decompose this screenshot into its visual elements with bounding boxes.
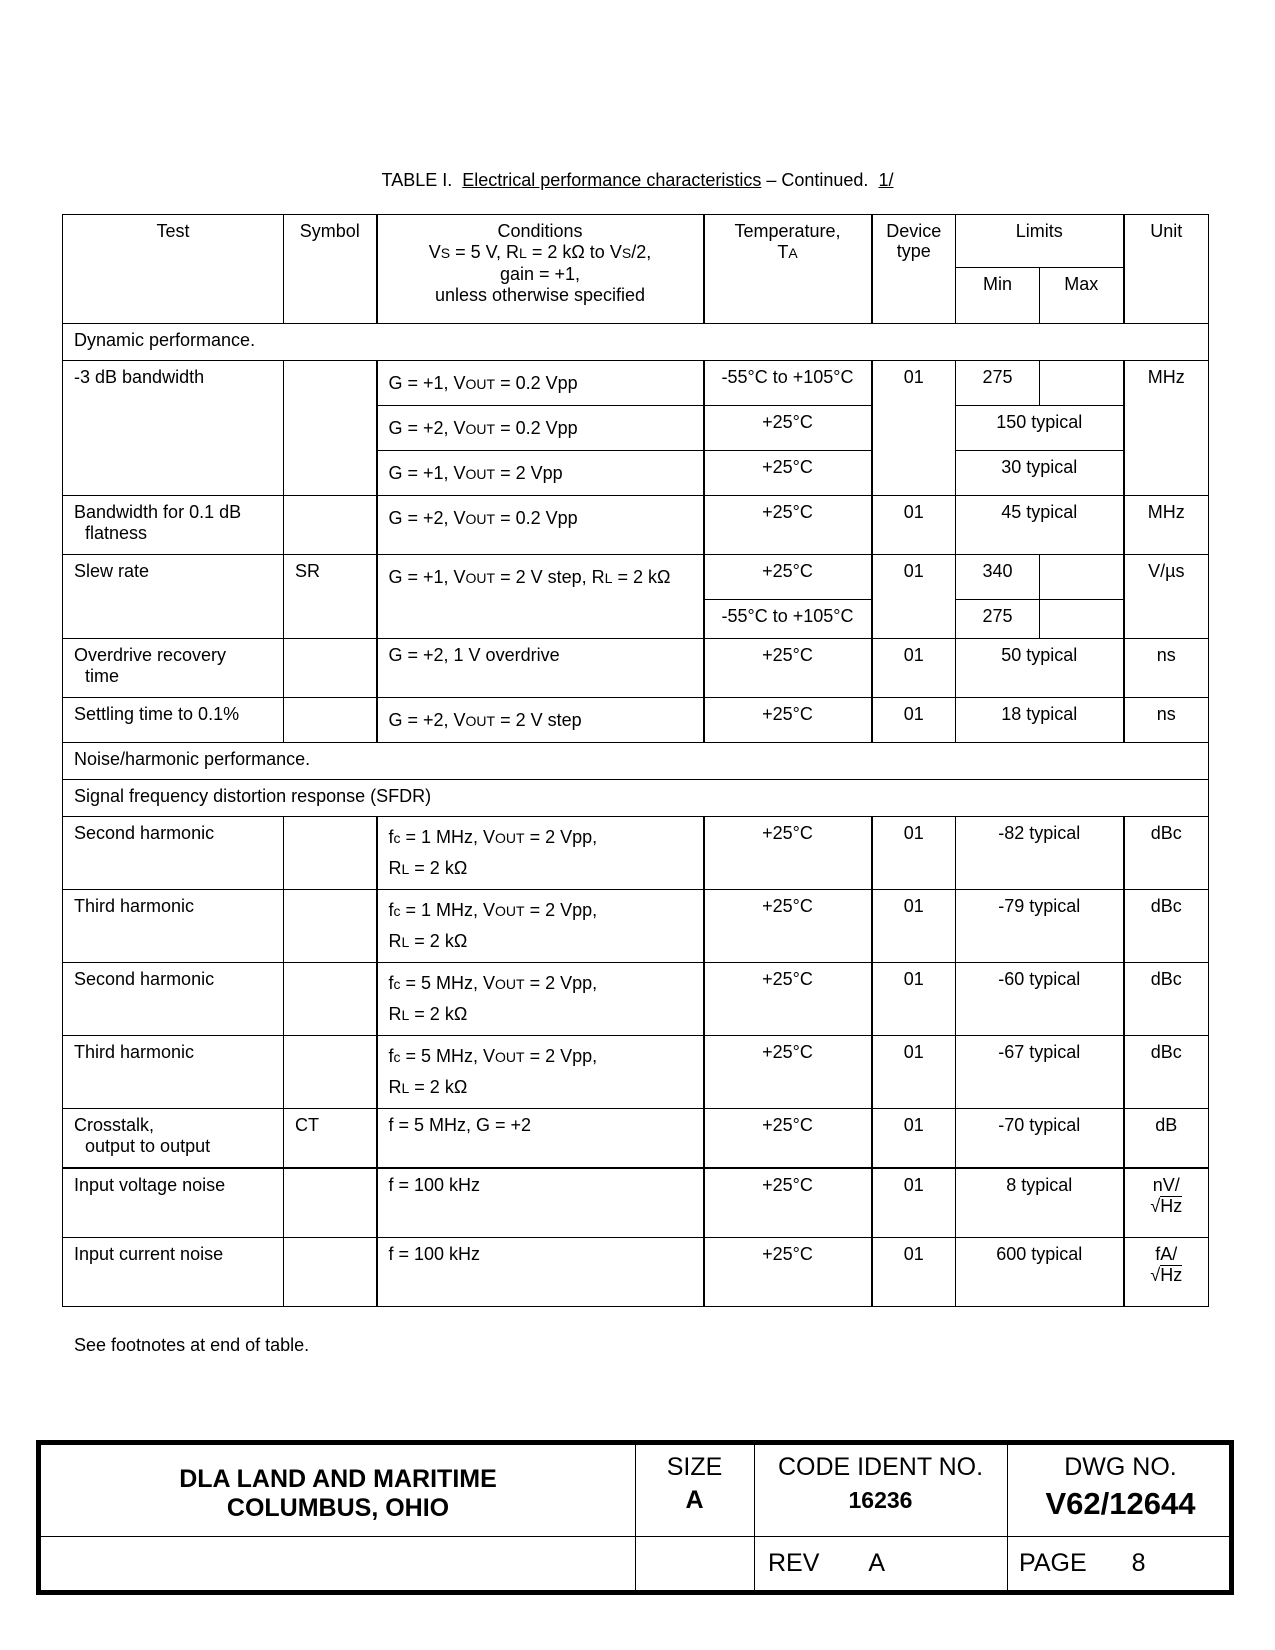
max-cell <box>1040 555 1124 600</box>
table-row: Overdrive recovery time G = +2, 1 V over… <box>63 639 1209 698</box>
header-unit: Unit <box>1124 215 1209 324</box>
symbol-cell <box>284 361 377 496</box>
symbol-cell <box>284 639 377 698</box>
table-row: Second harmonic fc = 5 MHz, VOUT = 2 Vpp… <box>63 963 1209 1036</box>
size-field: SIZE A <box>635 1451 754 1517</box>
typical-cell: 30 typical <box>956 451 1124 496</box>
temperature-cell: +25°C <box>704 1168 872 1238</box>
unit-cell: ns <box>1124 698 1209 743</box>
header-limits: Limits <box>956 215 1124 268</box>
test-name: Crosstalk, output to output <box>63 1109 284 1169</box>
table-title-main: Electrical performance characteristics <box>462 170 761 190</box>
typical-cell: -60 typical <box>956 963 1124 1036</box>
dwg-no-value: V62/12644 <box>1007 1484 1234 1524</box>
section-dynamic: Dynamic performance. <box>63 324 1209 361</box>
typical-cell: -70 typical <box>956 1109 1124 1169</box>
table-row: Slew rate SR G = +1, VOUT = 2 V step, RL… <box>63 555 1209 600</box>
table-row: Bandwidth for 0.1 dB flatness G = +2, VO… <box>63 496 1209 555</box>
sqrt-icon: √ <box>1150 1265 1160 1285</box>
temperature-cell: +25°C <box>704 451 872 496</box>
unit-cell: MHz <box>1124 496 1209 555</box>
test-name-line2: output to output <box>74 1136 272 1157</box>
dwg-no-field: DWG NO. V62/12644 <box>1007 1451 1234 1524</box>
temperature-cell: +25°C <box>704 817 872 890</box>
unit-line2: √Hz <box>1136 1265 1198 1286</box>
test-name: -3 dB bandwidth <box>63 361 284 496</box>
temperature-cell: +25°C <box>704 1238 872 1307</box>
temperature-cell: -55°C to +105°C <box>704 361 872 406</box>
rev-value: A <box>868 1549 885 1577</box>
table-row: Second harmonic fc = 1 MHz, VOUT = 2 Vpp… <box>63 817 1209 890</box>
device-type-cell: 01 <box>872 890 956 963</box>
typical-cell: 18 typical <box>956 698 1124 743</box>
temperature-cell: +25°C <box>704 496 872 555</box>
condition-cell: fc = 1 MHz, VOUT = 2 Vpp,RL = 2 kΩ <box>377 890 704 963</box>
page-label: PAGE <box>1019 1549 1087 1577</box>
size-label: SIZE <box>635 1451 754 1484</box>
device-type-cell: 01 <box>872 698 956 743</box>
page-value: 8 <box>1132 1549 1146 1577</box>
temperature-cell: +25°C <box>704 1036 872 1109</box>
header-temperature: Temperature, TA <box>704 215 872 324</box>
unit-cell: MHz <box>1124 361 1209 496</box>
code-ident-label: CODE IDENT NO. <box>754 1451 1007 1484</box>
test-name: Slew rate <box>63 555 284 639</box>
table-row: -3 dB bandwidth G = +1, VOUT = 0.2 Vpp -… <box>63 361 1209 406</box>
test-name: Overdrive recovery time <box>63 639 284 698</box>
typical-cell: 150 typical <box>956 406 1124 451</box>
header-max: Max <box>1040 268 1124 324</box>
condition-cell: G = +1, VOUT = 2 Vpp <box>377 451 704 496</box>
table-row: Input current noise f = 100 kHz +25°C 01… <box>63 1238 1209 1307</box>
header-device-type: Device type <box>872 215 956 324</box>
test-name: Settling time to 0.1% <box>63 698 284 743</box>
temperature-cell: +25°C <box>704 698 872 743</box>
symbol-cell <box>284 1238 377 1307</box>
typical-cell: 8 typical <box>956 1168 1124 1238</box>
organization-line2: COLUMBUS, OHIO <box>41 1494 635 1523</box>
condition-cell: fc = 5 MHz, VOUT = 2 Vpp,RL = 2 kΩ <box>377 1036 704 1109</box>
table-row: Third harmonic fc = 5 MHz, VOUT = 2 Vpp,… <box>63 1036 1209 1109</box>
typical-cell: -67 typical <box>956 1036 1124 1109</box>
device-type-cell: 01 <box>872 963 956 1036</box>
table-title-suffix: – Continued. <box>761 170 868 190</box>
unit-cell: dBc <box>1124 817 1209 890</box>
unit-radicand: Hz <box>1160 1196 1182 1215</box>
test-name: Second harmonic <box>63 963 284 1036</box>
page-field: PAGE 8 <box>1019 1549 1229 1578</box>
unit-cell: dB <box>1124 1109 1209 1169</box>
temperature-cell: +25°C <box>704 963 872 1036</box>
condition-cell: G = +1, VOUT = 2 V step, RL = 2 kΩ <box>377 555 704 639</box>
table-row: Third harmonic fc = 1 MHz, VOUT = 2 Vpp,… <box>63 890 1209 963</box>
typical-cell: 45 typical <box>956 496 1124 555</box>
unit-line2: √Hz <box>1136 1196 1198 1217</box>
temperature-cell: +25°C <box>704 555 872 600</box>
unit-cell: dBc <box>1124 1036 1209 1109</box>
device-type-cell: 01 <box>872 1109 956 1169</box>
section-sfdr: Signal frequency distortion response (SF… <box>63 780 1209 817</box>
condition-cell: G = +1, VOUT = 0.2 Vpp <box>377 361 704 406</box>
symbol-cell: CT <box>284 1109 377 1169</box>
condition-cell: G = +2, VOUT = 0.2 Vpp <box>377 496 704 555</box>
condition-cell: f = 100 kHz <box>377 1238 704 1307</box>
test-name: Third harmonic <box>63 890 284 963</box>
device-type-cell: 01 <box>872 1168 956 1238</box>
symbol-cell <box>284 963 377 1036</box>
device-type-cell: 01 <box>872 1036 956 1109</box>
rev-field: REV A <box>768 1549 998 1578</box>
organization-line1: DLA LAND AND MARITIME <box>41 1465 635 1494</box>
symbol-cell <box>284 1168 377 1238</box>
unit-cell: fA/ √Hz <box>1124 1238 1209 1307</box>
unit-cell: ns <box>1124 639 1209 698</box>
condition-cell: fc = 5 MHz, VOUT = 2 Vpp,RL = 2 kΩ <box>377 963 704 1036</box>
device-type-cell: 01 <box>872 555 956 639</box>
device-type-cell: 01 <box>872 1238 956 1307</box>
test-name-line2: flatness <box>74 523 272 544</box>
header-symbol: Symbol <box>284 215 377 324</box>
electrical-characteristics-table: Test Symbol Conditions VS = 5 V, RL = 2 … <box>62 214 1209 1307</box>
max-cell <box>1040 361 1124 406</box>
temperature-cell: -55°C to +105°C <box>704 600 872 639</box>
code-ident-field: CODE IDENT NO. 16236 <box>754 1451 1007 1517</box>
test-name: Input current noise <box>63 1238 284 1307</box>
rev-label: REV <box>768 1549 819 1577</box>
unit-cell: V/µs <box>1124 555 1209 639</box>
condition-cell: G = +2, 1 V overdrive <box>377 639 704 698</box>
conditions-line1: VS = 5 V, RL = 2 kΩ to VS/2, <box>389 242 692 264</box>
conditions-title: Conditions <box>389 221 692 242</box>
organization: DLA LAND AND MARITIME COLUMBUS, OHIO <box>41 1465 635 1523</box>
condition-cell: G = +2, VOUT = 2 V step <box>377 698 704 743</box>
condition-cell: f = 5 MHz, G = +2 <box>377 1109 704 1169</box>
unit-cell: dBc <box>1124 963 1209 1036</box>
condition-cell: fc = 1 MHz, VOUT = 2 Vpp,RL = 2 kΩ <box>377 817 704 890</box>
device-type-cell: 01 <box>872 639 956 698</box>
symbol-cell <box>284 698 377 743</box>
footnote: See footnotes at end of table. <box>74 1335 309 1356</box>
test-name-line2: time <box>74 666 272 687</box>
device-type-cell: 01 <box>872 496 956 555</box>
test-name: Second harmonic <box>63 817 284 890</box>
sqrt-icon: √ <box>1150 1196 1160 1216</box>
temperature-cell: +25°C <box>704 1109 872 1169</box>
title-block: DLA LAND AND MARITIME COLUMBUS, OHIO SIZ… <box>36 1440 1234 1595</box>
header-min: Min <box>956 268 1040 324</box>
test-name-line1: Bandwidth for 0.1 dB <box>74 502 272 523</box>
symbol-cell <box>284 817 377 890</box>
table-title: TABLE I. Electrical performance characte… <box>0 170 1275 191</box>
table-row: Crosstalk, output to output CT f = 5 MHz… <box>63 1109 1209 1169</box>
conditions-line2: gain = +1, <box>389 264 692 285</box>
test-name-line1: Crosstalk, <box>74 1115 272 1136</box>
table-row: Input voltage noise f = 100 kHz +25°C 01… <box>63 1168 1209 1238</box>
temperature-symbol: TA <box>716 242 860 264</box>
typical-cell: 600 typical <box>956 1238 1124 1307</box>
code-ident-value: 16236 <box>754 1484 1007 1517</box>
typical-cell: -79 typical <box>956 890 1124 963</box>
min-cell: 275 <box>956 361 1040 406</box>
unit-cell: dBc <box>1124 890 1209 963</box>
device-type-label-1: Device <box>884 221 945 241</box>
header-conditions: Conditions VS = 5 V, RL = 2 kΩ to VS/2, … <box>377 215 704 324</box>
test-name: Third harmonic <box>63 1036 284 1109</box>
unit-cell: nV/ √Hz <box>1124 1168 1209 1238</box>
condition-cell: f = 100 kHz <box>377 1168 704 1238</box>
min-cell: 340 <box>956 555 1040 600</box>
symbol-cell <box>284 1036 377 1109</box>
temperature-cell: +25°C <box>704 639 872 698</box>
temperature-cell: +25°C <box>704 406 872 451</box>
table-row: Settling time to 0.1% G = +2, VOUT = 2 V… <box>63 698 1209 743</box>
max-cell <box>1040 600 1124 639</box>
device-type-label-2: type <box>884 241 945 261</box>
symbol-cell <box>284 496 377 555</box>
device-type-cell: 01 <box>872 817 956 890</box>
condition-cell: G = +2, VOUT = 0.2 Vpp <box>377 406 704 451</box>
device-type-cell: 01 <box>872 361 956 496</box>
conditions-line3: unless otherwise specified <box>389 285 692 306</box>
header-row: Test Symbol Conditions VS = 5 V, RL = 2 … <box>63 215 1209 268</box>
table-title-note: 1/ <box>878 170 893 190</box>
unit-radicand: Hz <box>1160 1265 1182 1284</box>
unit-line1: nV/ <box>1136 1175 1198 1196</box>
size-value: A <box>635 1484 754 1517</box>
temperature-label: Temperature, <box>716 221 860 242</box>
test-name: Bandwidth for 0.1 dB flatness <box>63 496 284 555</box>
test-name-line1: Overdrive recovery <box>74 645 272 666</box>
dwg-no-label: DWG NO. <box>1007 1451 1234 1484</box>
header-test: Test <box>63 215 284 324</box>
typical-cell: 50 typical <box>956 639 1124 698</box>
typical-cell: -82 typical <box>956 817 1124 890</box>
symbol-cell <box>284 890 377 963</box>
unit-line1: fA/ <box>1136 1244 1198 1265</box>
temperature-cell: +25°C <box>704 890 872 963</box>
min-cell: 275 <box>956 600 1040 639</box>
table-title-prefix: TABLE I. <box>382 170 453 190</box>
test-name: Input voltage noise <box>63 1168 284 1238</box>
symbol-cell: SR <box>284 555 377 639</box>
section-noise: Noise/harmonic performance. <box>63 743 1209 780</box>
